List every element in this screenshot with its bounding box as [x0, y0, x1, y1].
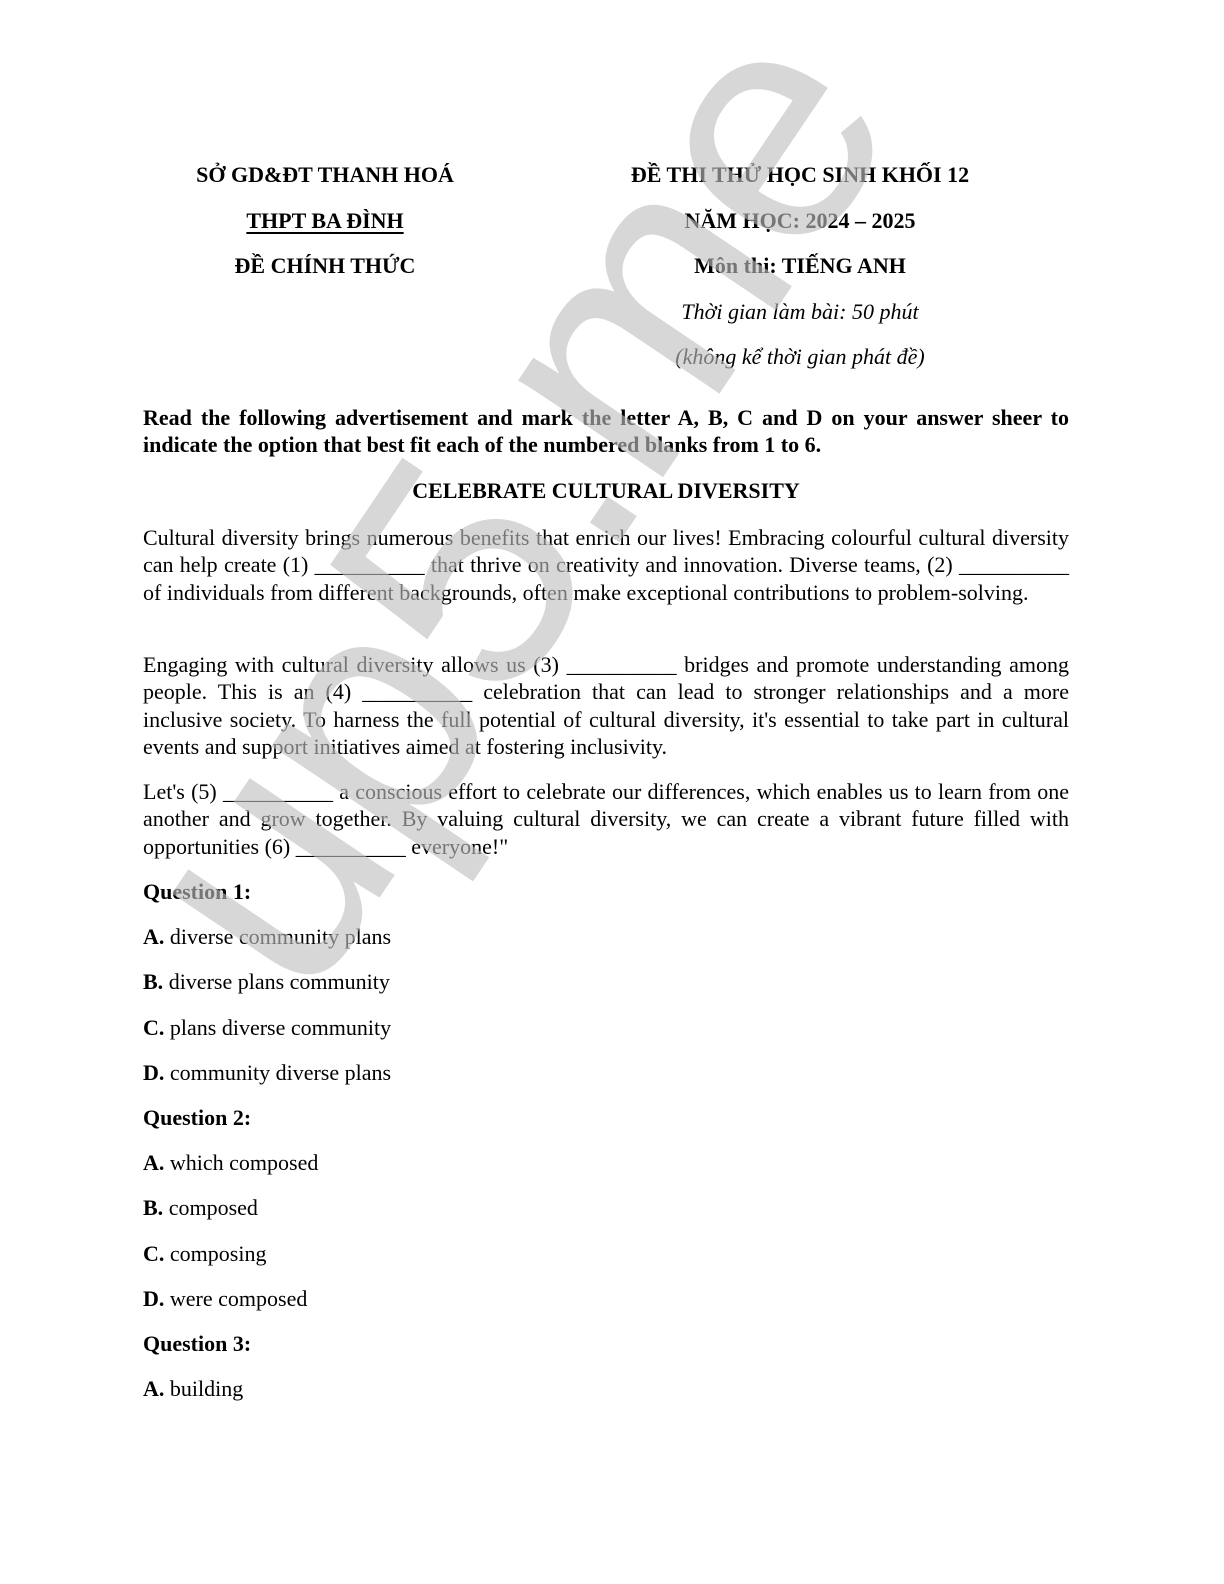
- option-letter: B.: [143, 1195, 163, 1220]
- option-text: community diverse plans: [170, 1060, 391, 1085]
- option-text: which composed: [170, 1150, 318, 1175]
- exam-title: ĐỀ THI THỬ HỌC SINH KHỐI 12: [580, 158, 1020, 204]
- duration: Thời gian làm bài: 50 phút: [580, 295, 1020, 341]
- option-letter: A.: [143, 1150, 164, 1175]
- question-label: Question 1:: [143, 877, 391, 922]
- duration-note: (không kể thời gian phát đề): [580, 340, 1020, 386]
- school-year: NĂM HỌC: 2024 – 2025: [580, 204, 1020, 250]
- option-item[interactable]: C. composing: [143, 1239, 391, 1284]
- option-letter: D.: [143, 1286, 164, 1311]
- option-text: plans diverse community: [170, 1015, 391, 1040]
- passage-paragraph: Engaging with cultural diversity allows …: [143, 651, 1069, 760]
- option-text: composing: [170, 1241, 267, 1266]
- option-text: composed: [169, 1195, 258, 1220]
- option-letter: A.: [143, 1376, 164, 1401]
- option-text: building: [170, 1376, 243, 1401]
- option-text: diverse plans community: [169, 969, 390, 994]
- passage-title: CELEBRATE CULTURAL DIVERSITY: [143, 477, 1069, 505]
- option-item[interactable]: A. building: [143, 1374, 391, 1419]
- exam-page: SỞ GD&ĐT THANH HOÁ THPT BA ĐÌNH ĐỀ CHÍNH…: [0, 0, 1224, 1584]
- option-letter: B.: [143, 969, 163, 994]
- option-item[interactable]: D. were composed: [143, 1284, 391, 1329]
- option-letter: A.: [143, 924, 164, 949]
- option-text: were composed: [170, 1286, 307, 1311]
- option-item[interactable]: A. diverse community plans: [143, 922, 391, 967]
- question-list: Question 1: A. diverse community plans B…: [143, 877, 391, 1419]
- header-left: SỞ GD&ĐT THANH HOÁ THPT BA ĐÌNH ĐỀ CHÍNH…: [150, 158, 500, 295]
- option-letter: D.: [143, 1060, 164, 1085]
- option-item[interactable]: A. which composed: [143, 1148, 391, 1193]
- option-item[interactable]: B. diverse plans community: [143, 967, 391, 1012]
- option-item[interactable]: D. community diverse plans: [143, 1058, 391, 1103]
- department-name: SỞ GD&ĐT THANH HOÁ: [150, 158, 500, 204]
- official-status: ĐỀ CHÍNH THỨC: [150, 249, 500, 295]
- option-text: diverse community plans: [170, 924, 391, 949]
- option-item[interactable]: B. composed: [143, 1193, 391, 1238]
- instruction: Read the following advertisement and mar…: [143, 404, 1069, 458]
- passage-paragraph: Cultural diversity brings numerous benef…: [143, 524, 1069, 606]
- question-label: Question 2:: [143, 1103, 391, 1148]
- question-label: Question 3:: [143, 1329, 391, 1374]
- option-letter: C.: [143, 1015, 164, 1040]
- passage-paragraph: Let's (5) __________ a conscious effort …: [143, 778, 1069, 860]
- option-item[interactable]: C. plans diverse community: [143, 1013, 391, 1058]
- school-name: THPT BA ĐÌNH: [246, 208, 403, 233]
- header-right: ĐỀ THI THỬ HỌC SINH KHỐI 12 NĂM HỌC: 202…: [580, 158, 1020, 386]
- option-letter: C.: [143, 1241, 164, 1266]
- subject: Môn thi: TIẾNG ANH: [580, 249, 1020, 295]
